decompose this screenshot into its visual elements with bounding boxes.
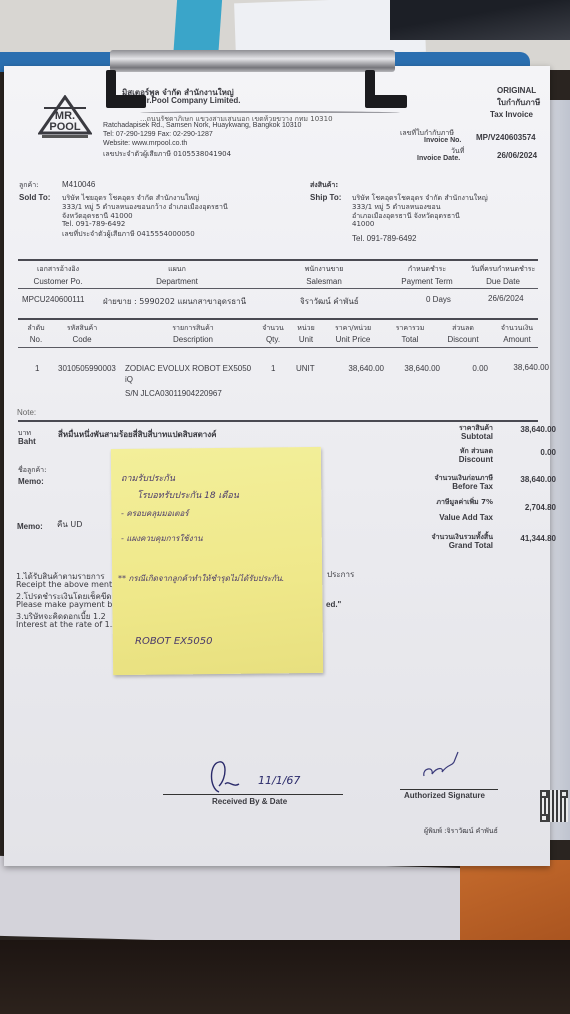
company-name-en: Mr.Pool Company Limited. — [140, 96, 240, 105]
divider — [18, 259, 538, 261]
customer-code: M410046 — [62, 180, 95, 189]
terms-line: Receipt the above menti — [16, 580, 114, 589]
sticky-note-line: - ครอบคลุมมอเตอร์ — [121, 507, 189, 520]
terms-line: Please make payment b — [16, 600, 112, 609]
underlying-paper — [0, 856, 465, 948]
item-header-th: ราคารวม — [396, 323, 425, 334]
total-label-en: Subtotal — [461, 432, 493, 441]
item-header-en: Unit — [299, 335, 313, 344]
order-header-th: เอกสารอ้างอิง — [37, 264, 79, 275]
total-value: 0.00 — [540, 448, 556, 457]
original-label: ORIGINAL — [497, 86, 536, 95]
baht-label: Baht — [18, 437, 36, 446]
company-address-en: Ratchadapisek Rd., Samsen Nork, Huaykwan… — [103, 122, 301, 129]
printed-by: ผู้พิมพ์ :จิราวัฒน์ คำพันธ์ — [424, 826, 498, 837]
received-label: Received By & Date — [212, 797, 287, 806]
invoice-no-label: Invoice No. — [424, 137, 461, 144]
background-dark-corner — [390, 0, 570, 40]
sticky-note-line: ** กรณีเกิดจากลูกค้าทำให้ชำรุดไม่ได้รับป… — [118, 572, 284, 585]
item-header-th: ราคา/หน่วย — [335, 323, 371, 334]
customer-signature — [205, 758, 245, 799]
item-code: 3010505990003 — [58, 364, 116, 373]
item-header-th: ลำดับ — [27, 323, 44, 334]
company-phone-fax: Tel: 07-290-1299 Fax: 02-290-1287 — [103, 131, 213, 138]
item-header-th: จำนวนเงิน — [501, 323, 533, 334]
item-no: 1 — [35, 364, 39, 373]
received-date-handwriting: 11/1/67 — [258, 774, 300, 787]
received-line — [163, 794, 343, 795]
item-header-en: Unit Price — [336, 335, 371, 344]
payment-term: 0 Days — [426, 295, 451, 304]
order-header-en: Payment Term — [401, 277, 452, 286]
order-header-th: พนักงานขาย — [305, 264, 344, 275]
order-header-en: Salesman — [306, 277, 342, 286]
item-header-th: หน่วย — [297, 323, 314, 334]
order-header-en: Customer Po. — [34, 277, 83, 286]
clip-wire — [140, 111, 400, 115]
authorized-signature — [420, 748, 466, 787]
qr-code — [540, 790, 568, 822]
desk-shadow — [0, 940, 570, 1014]
salesman: จิราวัฒน์ คำพันธ์ — [300, 295, 359, 308]
baht-amount-text: สี่หมื่นหนึ่งพันสามร้อยสี่สิบสี่บาทแปดสิ… — [58, 428, 217, 441]
divider — [18, 288, 538, 289]
clip-foot-right — [365, 95, 407, 108]
item-header-en: Amount — [503, 335, 531, 344]
ship-to-label: Ship To: — [310, 193, 341, 202]
item-header-en: Description — [173, 335, 213, 344]
clipboard-edge — [550, 100, 570, 840]
original-label-th: ใบกำกับภาษี — [497, 96, 540, 109]
sold-to-line: เลขที่ประจำตัวผู้เสียภาษี 0415554000050 — [62, 229, 195, 240]
total-value: 41,344.80 — [520, 534, 556, 543]
item-header-th: จำนวน — [262, 323, 284, 334]
item-header-th: รายการสินค้า — [172, 323, 213, 334]
company-website: Website: www.mrpool.co.th — [103, 140, 187, 147]
order-header-en: Due Date — [486, 277, 520, 286]
authorized-line — [400, 789, 498, 790]
document-type: Tax Invoice — [490, 110, 533, 119]
item-description-line2: iQ — [125, 375, 133, 384]
total-label-en: Discount — [459, 455, 493, 464]
divider — [18, 318, 538, 320]
item-header-en: Qty. — [266, 335, 280, 344]
sticky-note-line: - แผงควบคุมการใช้งาน — [121, 532, 203, 545]
order-header-en: Department — [156, 277, 198, 286]
item-amount: 38,640.00 — [513, 363, 549, 372]
total-label-en: Grand Total — [449, 541, 493, 550]
customer-code-label: ลูกค้า: — [19, 180, 39, 191]
item-discount: 0.00 — [472, 364, 488, 373]
divider — [18, 347, 538, 348]
total-value: 38,640.00 — [520, 475, 556, 484]
item-header-en: Total — [402, 335, 419, 344]
total-label-th: ภาษีมูลค่าเพิ่ม 7% — [436, 497, 493, 508]
terms-tail-1: ประการ — [327, 568, 354, 581]
terms-tail-2: ed." — [326, 600, 341, 609]
customer-name-label: ชื่อลูกค้า: — [18, 465, 46, 476]
sticky-note-line: โรบอทรับประกัน 18 เดือน — [137, 488, 239, 502]
item-header-en: Discount — [447, 335, 478, 344]
invoice-date: 26/06/2024 — [497, 151, 537, 160]
note-label: Note: — [17, 408, 36, 417]
department: ฝ่ายขาย : 5990202 แผนกสาขาอุดรธานี — [103, 295, 246, 308]
authorized-label: Authorized Signature — [404, 791, 485, 800]
divider — [18, 420, 538, 422]
mrpool-logo: MR. POOL — [38, 95, 92, 139]
ship-to-tel: Tel. 091-789-6492 — [352, 234, 417, 243]
item-unit-price: 38,640.00 — [348, 364, 384, 373]
customer-po: MPCU240600111 — [22, 295, 84, 304]
sticky-note-line: ROBOT EX5050 — [135, 636, 212, 647]
wooden-desk — [460, 860, 570, 950]
invoice-date-label: Invoice Date. — [417, 155, 460, 162]
sold-to-label: Sold To: — [19, 193, 50, 202]
order-header-th: แผนก — [168, 264, 186, 275]
terms-line: Interest at the rate of 1.2 — [16, 620, 117, 629]
clipboard-clip — [110, 50, 395, 72]
total-value: 2,704.80 — [525, 503, 556, 512]
due-date: 26/6/2024 — [488, 294, 524, 303]
memo-label: Memo: — [18, 477, 44, 486]
item-header-th: รหัสสินค้า — [67, 323, 97, 334]
sold-to-line: Tel. 091-789-6492 — [62, 220, 125, 228]
invoice-no: MP/V240603574 — [476, 133, 536, 142]
total-value: 38,640.00 — [520, 425, 556, 434]
order-header-th: กำหนดชำระ — [408, 264, 446, 275]
sticky-note-line: ถามรับประกัน — [121, 471, 175, 485]
order-header-th: วันที่ครบกำหนดชำระ — [471, 264, 536, 275]
total-label-en: Before Tax — [452, 482, 493, 491]
item-description: ZODIAC EVOLUX ROBOT EX5050 — [125, 364, 251, 373]
company-tax-id: เลขประจำตัวผู้เสียภาษี 0105538041904 — [103, 149, 231, 160]
memo2-value: คืน UD — [57, 518, 82, 531]
item-total: 38,640.00 — [404, 364, 440, 373]
item-header-en: Code — [72, 335, 91, 344]
item-serial: S/N JLCA03011904220967 — [125, 389, 222, 398]
total-label-en: Value Add Tax — [439, 513, 493, 522]
ship-to-line: 41000 — [352, 220, 374, 228]
item-header-en: No. — [30, 335, 42, 344]
ship-to-label-th: ส่งสินค้า: — [310, 180, 338, 191]
memo2-label: Memo: — [17, 522, 43, 531]
clip-foot-left — [106, 95, 146, 108]
svg-text:POOL: POOL — [49, 121, 80, 133]
item-header-th: ส่วนลด — [452, 323, 474, 334]
item-qty: 1 — [271, 364, 275, 373]
item-unit: UNIT — [296, 364, 315, 373]
